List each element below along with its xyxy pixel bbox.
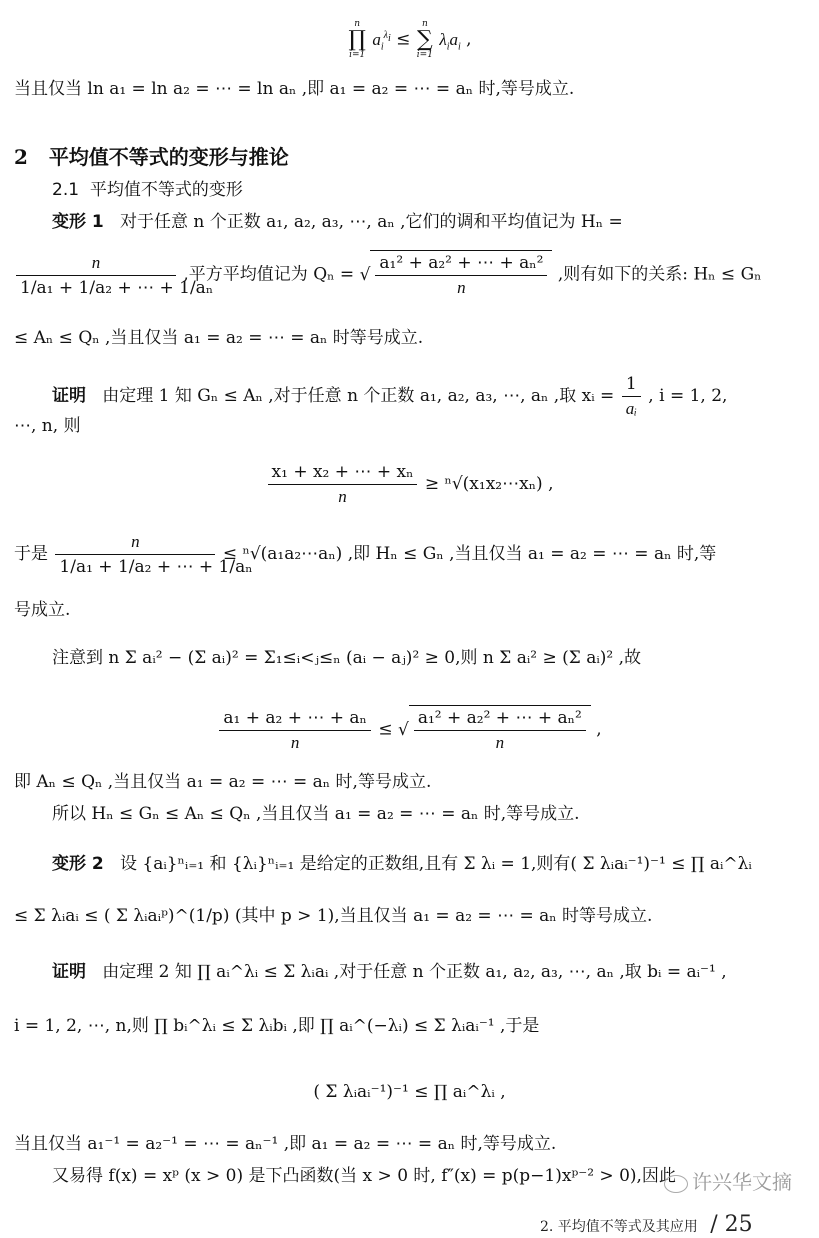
proof1-am-qm-conclusion: 即 Aₙ ≤ Qₙ ,当且仅当 a₁ = a₂ = ⋯ = aₙ 时,等号成立. bbox=[14, 770, 805, 794]
proof2-continuation: i = 1, 2, ⋯, n,则 ∏ bᵢ^λᵢ ≤ Σ λᵢbᵢ ,即 ∏ a… bbox=[14, 1014, 805, 1038]
proof1-equality: 号成立. bbox=[14, 598, 805, 622]
equation-hm-gm: ( Σ λᵢaᵢ⁻¹)⁻¹ ≤ ∏ aᵢ^λᵢ , bbox=[0, 1080, 819, 1104]
proof1-continuation: ⋯, n, 则 bbox=[14, 414, 805, 438]
variant2-statement: 变形 2 设 {aᵢ}ⁿᵢ₌₁ 和 {λᵢ}ⁿᵢ₌₁ 是给定的正数组,且有 Σ … bbox=[52, 852, 805, 876]
equation-weighted-amgm: n∏i=1 aiλi ≤ n∑i=1 λiai , bbox=[0, 20, 819, 60]
variant1-label: 变形 1 bbox=[52, 212, 104, 232]
variant1-formulas: n1/a₁ + 1/a₂ + ⋯ + 1/aₙ ,平方平均值记为 Qₙ = √a… bbox=[14, 250, 805, 300]
proof2-label: 证明 bbox=[52, 962, 86, 982]
section-heading: 2 平均值不等式的变形与推论 bbox=[14, 145, 805, 169]
proof2-equality: 当且仅当 a₁⁻¹ = a₂⁻¹ = ⋯ = aₙ⁻¹ ,即 a₁ = a₂ =… bbox=[14, 1132, 805, 1156]
running-title: 2. 平均值不等式及其应用 bbox=[540, 1219, 698, 1235]
page-footer: 2. 平均值不等式及其应用 / 25 bbox=[540, 1212, 753, 1237]
document-page: n∏i=1 aiλi ≤ n∑i=1 λiai , 当且仅当 ln a₁ = l… bbox=[0, 0, 819, 1238]
proof1-label: 证明 bbox=[52, 386, 86, 406]
watermark: 许兴华文摘 bbox=[664, 1166, 792, 1195]
wechat-icon bbox=[664, 1175, 688, 1193]
proof1-note: 注意到 n Σ aᵢ² − (Σ aᵢ)² = Σ₁≤ᵢ<ⱼ≤ₙ (aᵢ − a… bbox=[52, 646, 805, 670]
variant1-statement: 变形 1 对于任意 n 个正数 a₁, a₂, a₃, ⋯, aₙ ,它们的调和… bbox=[52, 210, 805, 234]
proof1-final: 所以 Hₙ ≤ Gₙ ≤ Aₙ ≤ Qₙ ,当且仅当 a₁ = a₂ = ⋯ =… bbox=[52, 802, 805, 826]
equality-condition-1: 当且仅当 ln a₁ = ln a₂ = ⋯ = ln aₙ ,即 a₁ = a… bbox=[14, 77, 805, 101]
equation-amgm-x: x₁ + x₂ + ⋯ + xₙn ≥ ⁿ√(x₁x₂⋯xₙ) , bbox=[0, 460, 819, 509]
page-number: / 25 bbox=[710, 1212, 752, 1237]
proof1-harmonic: 于是 n1/a₁ + 1/a₂ + ⋯ + 1/aₙ ≤ ⁿ√(a₁a₂⋯aₙ)… bbox=[14, 530, 805, 579]
subsection-heading: 2.1 平均值不等式的变形 bbox=[52, 178, 805, 202]
variant1-conclusion: ≤ Aₙ ≤ Qₙ ,当且仅当 a₁ = a₂ = ⋯ = aₙ 时等号成立. bbox=[14, 326, 805, 350]
variant2-conclusion: ≤ Σ λᵢaᵢ ≤ ( Σ λᵢaᵢᵖ)^(1/p) (其中 p > 1),当… bbox=[14, 904, 805, 928]
equation-am-qm: a₁ + a₂ + ⋯ + aₙn ≤ √a₁² + a₂² + ⋯ + aₙ²… bbox=[0, 705, 819, 755]
proof2-intro: 证明 由定理 2 知 ∏ aᵢ^λᵢ ≤ Σ λᵢaᵢ ,对于任意 n 个正数 … bbox=[52, 960, 805, 984]
variant2-label: 变形 2 bbox=[52, 854, 104, 874]
